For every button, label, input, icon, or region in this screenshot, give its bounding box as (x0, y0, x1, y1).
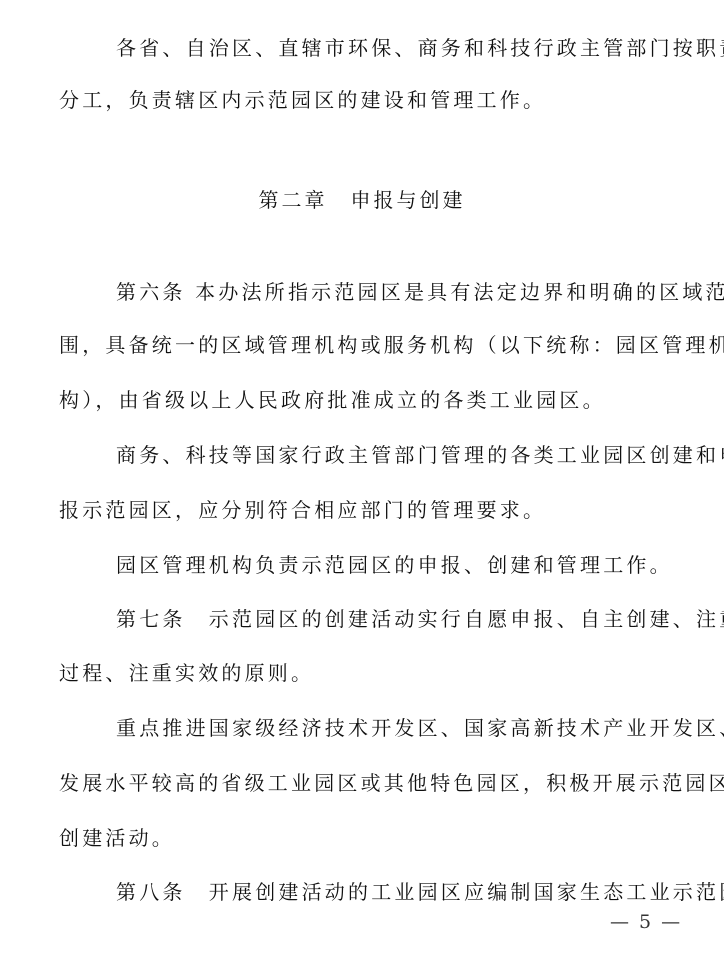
article-8-line: 第八条 开展创建活动的工业园区应编制国家生态工业示范园 (116, 878, 724, 906)
paragraph-line: 分工，负责辖区内示范园区的建设和管理工作。 (59, 86, 546, 114)
article-6-line: 构），由省级以上人民政府批准成立的各类工业园区。 (59, 386, 606, 414)
paragraph-line: 商务、科技等国家行政主管部门管理的各类工业园区创建和申 (116, 441, 724, 469)
paragraph-line: 报示范园区，应分别符合相应部门的管理要求。 (59, 496, 546, 524)
paragraph-line: 重点推进国家级经济技术开发区、国家高新技术产业开发区、 (116, 714, 724, 742)
chapter-heading: 第二章 申报与创建 (0, 186, 724, 214)
article-6-line: 第六条 本办法所指示范园区是具有法定边界和明确的区域范 (116, 278, 724, 306)
article-7-line: 第七条 示范园区的创建活动实行自愿申报、自主创建、注重 (116, 605, 724, 633)
article-7-line: 过程、注重实效的原则。 (59, 659, 314, 687)
paragraph-line: 发展水平较高的省级工业园区或其他特色园区，积极开展示范园区 (59, 769, 724, 797)
article-6-line: 围，具备统一的区域管理机构或服务机构（以下统称：园区管理机 (59, 331, 724, 359)
paragraph-line: 园区管理机构负责示范园区的申报、创建和管理工作。 (116, 551, 673, 579)
paragraph-line: 各省、自治区、直辖市环保、商务和科技行政主管部门按职责 (116, 34, 724, 62)
page-number: — 5 — (610, 910, 682, 934)
paragraph-line: 创建活动。 (59, 824, 175, 852)
